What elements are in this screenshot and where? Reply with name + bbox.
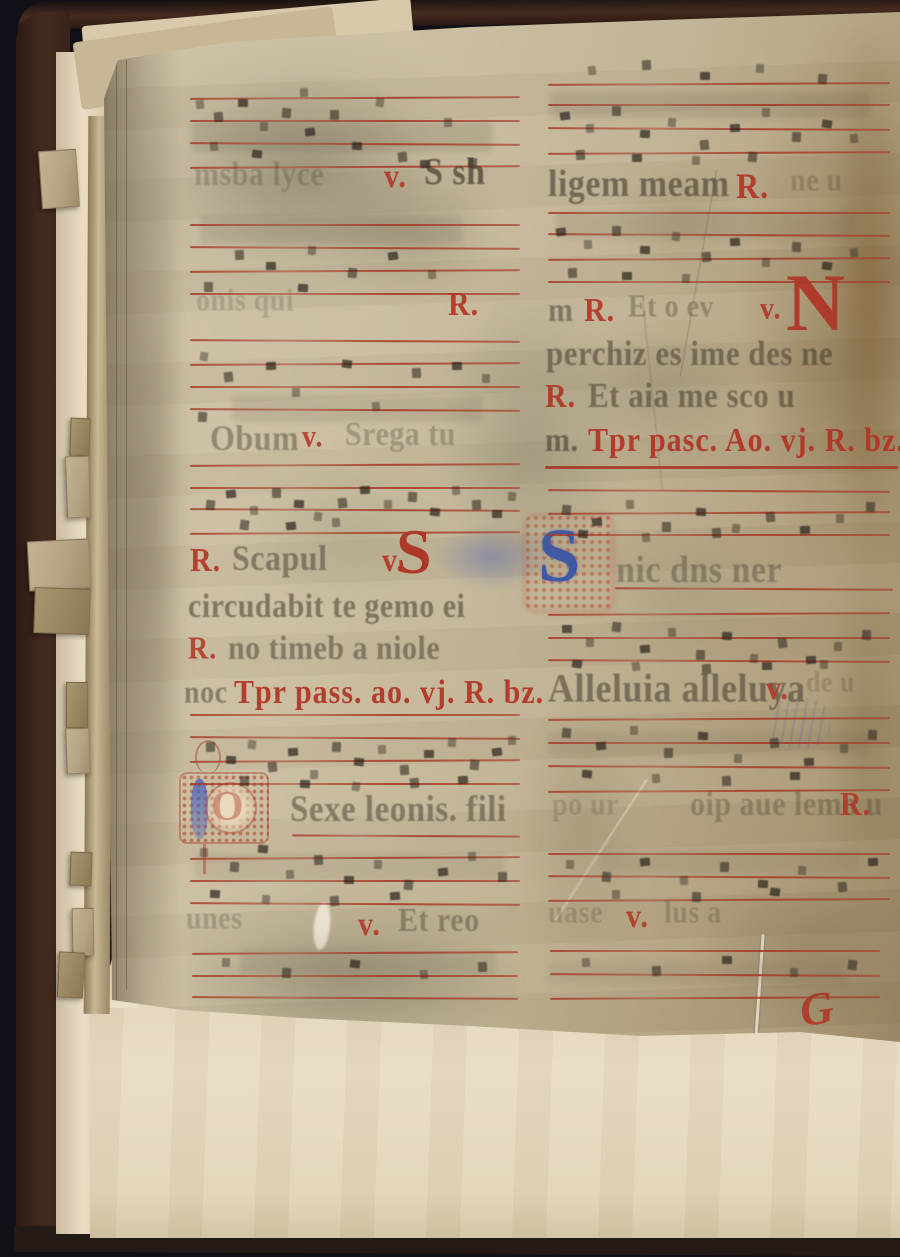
neume-note: [640, 246, 650, 255]
neume-note: [770, 887, 781, 896]
neume-note: [292, 388, 300, 397]
neume-note: [430, 507, 441, 516]
rubric-text: R.: [736, 168, 769, 204]
chant-text: perchiz es ime des ne: [546, 336, 833, 371]
neume-note: [792, 242, 802, 252]
neume-note: [596, 741, 607, 750]
neume-note: [612, 890, 620, 899]
staff-line: [190, 120, 520, 122]
neume-note: [410, 778, 420, 789]
chant-text: Et reo: [398, 904, 480, 938]
neume-note: [268, 762, 278, 773]
staff-line: [548, 281, 890, 283]
neume-note: [262, 895, 271, 905]
staff-line: [292, 834, 520, 837]
staff-line: [550, 950, 880, 952]
neume-note: [696, 650, 705, 660]
neume-note: [734, 754, 743, 764]
rubric-text: v.: [766, 672, 789, 706]
staff-line: [548, 104, 890, 106]
rubric-text: v.: [760, 294, 781, 325]
chant-text: nic dns ner: [616, 552, 782, 590]
neume-note: [712, 528, 722, 538]
staff-line: [190, 224, 520, 226]
neume-note: [850, 134, 859, 144]
index-tab: [57, 951, 85, 998]
neume-note: [866, 502, 876, 512]
neume-note: [286, 521, 297, 530]
neume-note: [822, 119, 833, 128]
neume-note: [612, 226, 621, 236]
neume-note: [566, 860, 574, 869]
chant-text: Et o ev: [628, 292, 714, 323]
neume-note: [428, 270, 436, 279]
neume-note: [200, 848, 208, 857]
neume-note: [680, 876, 688, 885]
neume-note: [332, 518, 340, 527]
neume-note: [578, 529, 589, 538]
neume-note: [294, 500, 304, 509]
neume-note: [260, 122, 268, 131]
neume-note: [642, 533, 651, 543]
neume-note: [668, 118, 677, 128]
neume-note: [804, 758, 814, 767]
neume-note: [360, 486, 370, 495]
neume-note: [836, 514, 844, 523]
neume-note: [762, 108, 770, 117]
neume-note: [198, 412, 208, 422]
neume-note: [372, 402, 381, 412]
neume-note: [698, 732, 708, 741]
neume-note: [642, 60, 652, 70]
neume-note: [452, 486, 461, 496]
neume-note: [834, 642, 842, 651]
neume-note: [314, 855, 324, 865]
neume-note: [592, 517, 603, 526]
neume-note: [612, 106, 621, 116]
staff-line: [548, 637, 890, 639]
neume-note: [404, 880, 414, 891]
neume-note: [240, 520, 250, 531]
neume-note: [868, 730, 878, 740]
neume-note: [206, 742, 215, 752]
neume-note: [758, 880, 768, 889]
neume-note: [640, 857, 651, 866]
neume-note: [222, 958, 230, 967]
staff-line: [548, 659, 890, 663]
neume-note: [350, 959, 361, 968]
neume-note: [282, 968, 292, 978]
neume-note: [240, 776, 249, 786]
neume-note: [640, 644, 651, 653]
neume-note: [330, 110, 339, 120]
neume-note: [300, 780, 310, 789]
neume-note: [630, 726, 638, 735]
neume-note: [408, 492, 418, 502]
rubric-text: R.: [190, 544, 221, 578]
neume-note: [352, 142, 362, 151]
neume-note: [730, 124, 740, 133]
chant-text: Srega tu: [345, 418, 456, 452]
chant-text: ne u: [790, 166, 843, 197]
chant-text: noc: [184, 678, 228, 709]
neume-note: [672, 232, 681, 242]
chant-text: Scapul: [232, 540, 327, 576]
neume-note: [444, 118, 452, 127]
neume-note: [388, 251, 399, 260]
neume-note: [305, 127, 316, 136]
neume-note: [732, 524, 741, 534]
chant-text: ligem meam: [548, 166, 730, 204]
index-tab: [66, 682, 88, 728]
neume-note: [632, 154, 642, 162]
neume-note: [400, 765, 410, 775]
neume-note: [652, 774, 661, 784]
staff-line: [548, 82, 890, 86]
neume-note: [508, 736, 516, 745]
neume-note: [560, 111, 571, 120]
neume-note: [792, 132, 802, 142]
neume-note: [798, 866, 807, 876]
neume-note: [492, 510, 502, 518]
neume-note: [338, 498, 348, 509]
neume-note: [662, 522, 671, 532]
neume-note: [748, 152, 758, 163]
index-tab: [69, 418, 90, 457]
neume-note: [696, 508, 706, 517]
neume-note: [310, 770, 318, 779]
neume-note: [214, 112, 224, 122]
staff-line: [548, 212, 890, 214]
initial-letter: O: [211, 786, 244, 828]
neume-note: [230, 862, 240, 872]
bleed-through-text: [200, 216, 462, 244]
index-tab: [33, 587, 91, 635]
neume-note: [378, 745, 387, 755]
rubric-underline: [545, 466, 898, 469]
neume-note: [562, 625, 572, 633]
neume-note: [790, 968, 798, 977]
rubric-text: Tpr pasc. Ao. vj. R. bz.: [588, 424, 900, 458]
rubric-text: v.: [382, 544, 405, 578]
chant-text: onis qui: [196, 286, 294, 317]
rubric-text: R.: [448, 288, 479, 322]
neume-note: [582, 769, 593, 778]
neume-note: [756, 64, 764, 73]
neume-note: [822, 261, 833, 270]
neume-note: [482, 374, 490, 383]
chant-text: Sexe leonis. fili: [290, 792, 507, 829]
neume-note: [702, 252, 712, 263]
neume-note: [556, 227, 567, 236]
neume-note: [562, 505, 572, 516]
neume-note: [272, 488, 281, 498]
neume-note: [384, 500, 392, 509]
neume-note: [282, 108, 292, 119]
neume-note: [762, 258, 770, 267]
neume-note: [468, 852, 476, 861]
staff-line: [190, 880, 520, 882]
parchment-stain: [108, 60, 188, 980]
neume-note: [602, 872, 612, 883]
staff-line: [190, 714, 520, 716]
parchment-stain: [826, 560, 900, 880]
neume-note: [458, 776, 468, 785]
neume-note: [200, 352, 209, 362]
staff-line: [548, 127, 890, 131]
neume-note: [818, 74, 828, 85]
neume-note: [840, 744, 848, 753]
staff-line: [190, 487, 520, 489]
neume-note: [330, 896, 340, 907]
neume-note: [248, 740, 257, 750]
neume-note: [562, 728, 572, 739]
index-tab: [65, 456, 91, 519]
neume-note: [622, 272, 632, 280]
staff-line: [192, 975, 518, 977]
neume-note: [700, 140, 710, 151]
neume-note: [224, 372, 234, 383]
neume-note: [868, 858, 878, 867]
index-tab: [38, 149, 80, 210]
neume-note: [374, 860, 382, 869]
neume-note: [862, 630, 872, 640]
neume-note: [800, 526, 810, 535]
blank-page-below-leaf: [90, 1000, 900, 1238]
chant-text: S sh: [424, 154, 486, 192]
neume-note: [390, 892, 400, 901]
neume-note: [626, 500, 634, 509]
rubric-text: v.: [384, 160, 407, 194]
rubric-text: R.: [545, 380, 576, 414]
chant-text: lus a: [664, 898, 722, 929]
index-tab: [65, 728, 91, 775]
neume-note: [750, 654, 759, 664]
neume-note: [722, 632, 732, 641]
neume-note: [790, 772, 800, 780]
chant-text: Obum: [210, 420, 299, 456]
neume-note: [492, 747, 503, 756]
neume-note: [664, 748, 673, 758]
staff-line: [190, 339, 520, 343]
neume-note: [838, 882, 848, 893]
rubric-text: Tpr pass. ao. vj. R. bz.: [234, 676, 544, 710]
manuscript-photo: S S N O G msba lycev.S shonis quiR.Obumv…: [0, 0, 900, 1257]
neume-note: [668, 628, 676, 637]
neume-note: [266, 362, 276, 371]
neume-note: [778, 638, 788, 649]
neume-note: [770, 738, 780, 749]
chant-text: msba lyce: [194, 158, 324, 192]
chant-text: circudabit te gemo ei: [188, 590, 465, 624]
neume-note: [652, 966, 662, 976]
neume-note: [238, 99, 248, 107]
neume-note: [612, 622, 622, 633]
neume-note: [226, 756, 236, 765]
neume-note: [288, 748, 298, 757]
neume-note: [720, 862, 729, 872]
neume-note: [210, 142, 219, 152]
staff-line: [548, 853, 890, 855]
neume-note: [470, 760, 480, 771]
neume-note: [424, 750, 434, 758]
neume-note: [210, 890, 220, 899]
neume-note: [682, 274, 690, 283]
rubric-text: R.: [188, 634, 217, 665]
neume-note: [498, 872, 507, 882]
neume-note: [354, 757, 365, 766]
neume-note: [640, 130, 650, 139]
chant-text: m.: [545, 424, 579, 458]
staff-line: [190, 386, 520, 388]
neume-note: [472, 500, 482, 510]
neume-note: [586, 124, 594, 133]
neume-note: [448, 738, 456, 747]
rubric-text: v.: [626, 900, 649, 934]
staff-line: [190, 736, 520, 740]
neume-note: [412, 368, 422, 378]
neume-note: [250, 506, 258, 515]
rubric-text: v.: [358, 908, 381, 942]
neume-note: [376, 98, 385, 108]
rubric-text: R.: [840, 788, 871, 822]
rubric-text: R.: [584, 294, 615, 328]
neume-note: [848, 960, 858, 971]
neume-note: [452, 362, 462, 370]
neume-note: [420, 970, 429, 980]
neume-note: [582, 958, 591, 968]
neume-note: [258, 844, 269, 853]
neume-note: [342, 359, 353, 368]
neume-note: [508, 492, 516, 501]
neume-note: [700, 72, 710, 80]
index-tab: [72, 908, 95, 956]
neume-note: [308, 246, 316, 255]
index-tab: [27, 538, 92, 591]
neume-note: [722, 776, 732, 786]
neume-note: [206, 500, 216, 511]
chant-text: unes: [186, 904, 242, 935]
chant-text: Et aia me sco u: [588, 378, 795, 413]
neume-note: [588, 66, 597, 76]
chant-text: uase: [548, 898, 603, 929]
neume-note: [730, 238, 740, 247]
index-tab: [69, 852, 92, 887]
neume-note: [196, 100, 205, 110]
neume-note: [298, 284, 308, 293]
chant-text: no timeb a niole: [228, 632, 440, 666]
neume-note: [348, 268, 358, 279]
rubric-text: v.: [302, 422, 323, 453]
neume-note: [584, 240, 592, 249]
neume-note: [344, 876, 354, 884]
neume-note: [300, 88, 308, 97]
neume-note: [722, 956, 732, 964]
neume-note: [850, 248, 859, 258]
neume-note: [332, 742, 342, 752]
neume-note: [568, 268, 578, 278]
neume-note: [806, 656, 816, 665]
neume-note: [766, 512, 776, 523]
neume-note: [266, 262, 276, 270]
chant-text: m: [548, 294, 574, 328]
neume-note: [478, 962, 488, 972]
neume-note: [576, 150, 586, 160]
chant-text: de u: [806, 668, 855, 697]
neume-note: [438, 867, 449, 876]
neume-note: [314, 512, 323, 522]
chant-text: po ur: [552, 790, 619, 821]
neume-note: [586, 638, 594, 647]
neume-note: [235, 250, 245, 260]
neume-note: [286, 870, 295, 880]
neume-note: [226, 489, 237, 498]
